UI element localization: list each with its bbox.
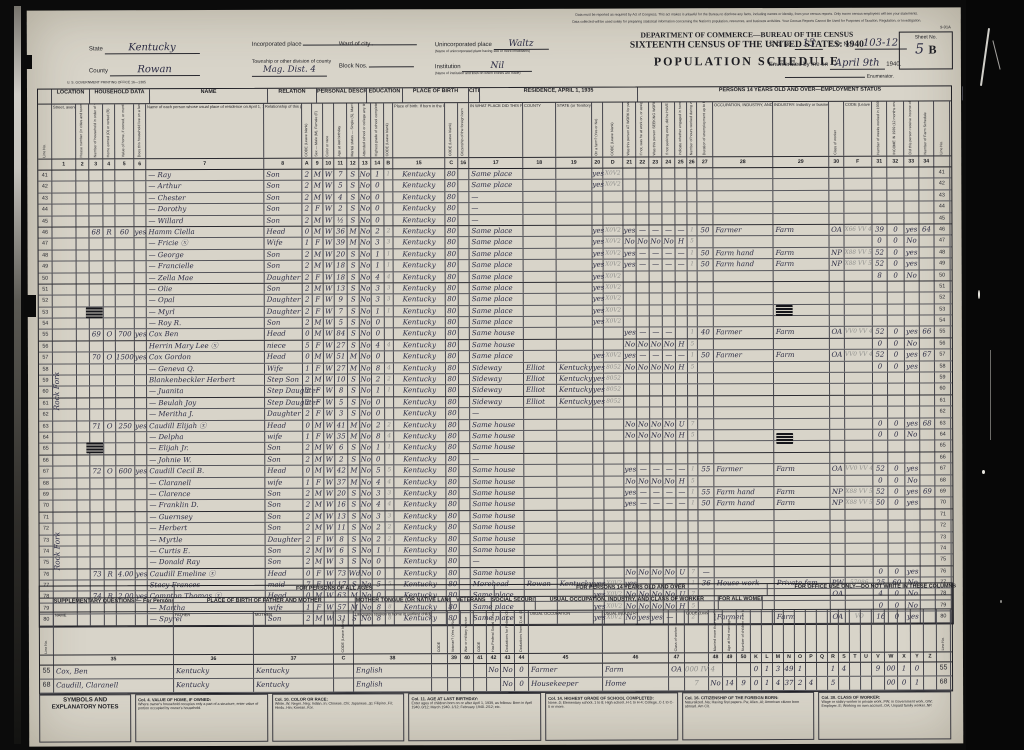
table-cell xyxy=(104,364,116,374)
column-description-text: Line No. xyxy=(43,106,47,158)
table-cell xyxy=(134,204,146,214)
table-cell: 20 xyxy=(335,249,348,259)
table-cell: Same place xyxy=(470,283,524,294)
table-cell: Kentucky xyxy=(254,679,334,692)
table-cell xyxy=(637,442,650,452)
column-description: Home owned (O) or rented (R) xyxy=(103,104,115,158)
table-cell: yes xyxy=(624,260,637,270)
line-number: 55 xyxy=(935,327,951,337)
table-cell xyxy=(90,489,104,499)
table-cell xyxy=(699,544,715,554)
column-description-text: CODE (Leave blank) xyxy=(449,104,453,156)
table-cell: F xyxy=(313,340,324,350)
table-cell: W xyxy=(324,397,335,407)
table-cell: M xyxy=(313,375,324,385)
table-cell: 0 xyxy=(873,236,888,246)
table-cell: No xyxy=(360,261,372,271)
table-cell: 70 xyxy=(90,353,104,363)
table-cell xyxy=(134,193,146,203)
table-cell xyxy=(830,441,845,451)
table-cell xyxy=(715,533,775,544)
column-description-text: INDUSTRY: Industry or business, as cotto… xyxy=(774,103,827,107)
table-cell: Wd xyxy=(349,568,361,578)
table-cell xyxy=(637,373,650,383)
table-cell: 2 xyxy=(303,249,313,259)
table-cell: 39 xyxy=(872,225,887,235)
table-cell: — Myrtle xyxy=(148,534,266,545)
table-cell: 2 xyxy=(303,386,313,396)
table-cell: Son xyxy=(264,181,302,192)
table-cell: 50 xyxy=(698,499,714,509)
table-cell: 16 xyxy=(335,500,348,510)
table-cell: yes xyxy=(592,226,603,236)
table-cell: Son xyxy=(265,249,303,260)
table-cell xyxy=(920,395,935,405)
table-cell xyxy=(662,180,675,190)
table-cell: Farm hand xyxy=(714,259,774,270)
table-cell xyxy=(604,487,624,497)
column-description: Citizenship of the foreign born xyxy=(458,103,469,157)
table-cell: yes xyxy=(592,180,603,190)
table-cell xyxy=(874,521,889,531)
table-cell xyxy=(636,168,649,178)
column-group-header: VETERANS xyxy=(451,597,492,610)
line-number: 59 xyxy=(935,372,951,382)
line-number: 58 xyxy=(935,361,951,371)
table-cell: 60 xyxy=(115,227,134,237)
table-cell xyxy=(594,533,605,543)
table-cell xyxy=(605,544,625,554)
table-cell: F xyxy=(313,397,324,407)
table-cell xyxy=(385,317,394,327)
table-cell xyxy=(637,317,650,327)
line-number: 64 xyxy=(935,429,951,439)
column-group-header: SUPPLEMENTARY QUESTIONS — For Persons En… xyxy=(54,598,174,611)
line-number: 70 xyxy=(935,498,951,508)
table-cell: 80 xyxy=(446,249,459,259)
table-cell xyxy=(921,566,936,576)
table-cell xyxy=(53,250,77,260)
state-value: Kentucky xyxy=(105,42,200,54)
line-number: 45 xyxy=(934,213,950,223)
line-number: 42 xyxy=(934,179,950,189)
table-cell xyxy=(556,169,592,180)
table-cell xyxy=(650,271,663,281)
table-cell: Kentucky xyxy=(394,294,446,305)
column-group-header: MOTHER TONGUE (OR NATIVE LANGUAGE) xyxy=(356,597,451,610)
table-cell xyxy=(664,533,677,543)
table-cell xyxy=(458,180,469,190)
table-cell: X88 VV 5 xyxy=(845,487,873,497)
table-cell xyxy=(709,663,723,676)
table-cell: No xyxy=(905,475,920,485)
note-body: Naturalized..Na; Having first papers..Pa… xyxy=(685,700,812,709)
table-cell: 13 xyxy=(335,511,348,521)
table-cell xyxy=(90,261,104,271)
table-cell xyxy=(134,170,146,180)
table-cell: 50 xyxy=(698,248,714,258)
table-cell xyxy=(888,384,905,394)
table-cell: 1 xyxy=(688,259,698,269)
table-cell: 36 xyxy=(334,226,347,236)
column-description xyxy=(795,610,806,652)
table-cell: No xyxy=(487,664,501,677)
column-group-header: FOR ALL WOMEN WHO ARE OR HAVE BEEN MARRI… xyxy=(719,596,763,609)
table-cell: S xyxy=(347,169,359,179)
line-number: 76 xyxy=(936,566,952,576)
column-description xyxy=(839,610,850,652)
table-cell: No xyxy=(624,362,637,372)
column-description: Number of household in order of visitati… xyxy=(89,104,103,158)
table-cell xyxy=(861,663,872,676)
table-cell: Elliot xyxy=(524,362,557,373)
table-cell: Kentucky xyxy=(395,545,447,556)
column-description-text: CODE xyxy=(478,612,482,652)
table-cell: yes xyxy=(623,225,636,235)
table-cell: W xyxy=(323,170,334,180)
line-number: 46 xyxy=(934,224,950,234)
table-cell: OA xyxy=(830,350,845,360)
table-cell: 80 xyxy=(446,306,459,316)
township-value: Mag. Dist. 4 xyxy=(252,65,327,76)
column-description-text: Has Federal Social Security number? (Yes… xyxy=(491,612,495,652)
table-cell: Farm xyxy=(603,663,669,676)
table-cell xyxy=(557,248,593,259)
table-cell xyxy=(830,509,845,519)
table-cell xyxy=(135,375,147,385)
table-cell xyxy=(845,236,873,246)
column-description-text: Indicate whether engaged in home housewo… xyxy=(679,103,683,155)
table-cell xyxy=(593,442,604,452)
table-cell xyxy=(76,170,89,180)
table-cell: Kentucky xyxy=(395,568,447,579)
table-cell: 2 xyxy=(302,170,312,180)
table-cell: 50 xyxy=(698,350,714,360)
table-cell xyxy=(53,467,77,477)
table-cell xyxy=(135,489,147,499)
table-cell: 0 xyxy=(888,270,905,280)
table-cell: Son xyxy=(265,284,303,295)
table-cell: 0 xyxy=(888,498,905,508)
table-cell: O xyxy=(104,330,116,340)
table-cell: 73 xyxy=(91,569,105,579)
table-cell xyxy=(839,677,850,690)
table-cell xyxy=(53,478,77,488)
table-cell: VV0 VV 4 xyxy=(845,350,873,360)
table-cell: Same house xyxy=(470,465,524,476)
line-number: 50 xyxy=(935,270,951,280)
table-cell xyxy=(624,385,637,395)
table-cell: Same house xyxy=(470,340,524,351)
table-cell xyxy=(557,442,593,453)
table-cell xyxy=(53,501,77,511)
table-cell: Kentucky xyxy=(394,283,446,294)
table-cell xyxy=(921,521,936,531)
table-cell xyxy=(104,375,116,385)
column-description-text: If not, was he at work on, or assigned t… xyxy=(640,103,644,155)
table-cell: 80 xyxy=(446,454,459,464)
table-cell xyxy=(669,677,685,690)
ward-field: Ward of city xyxy=(339,41,417,47)
table-cell: W xyxy=(324,261,335,271)
table-cell xyxy=(460,534,471,544)
table-cell xyxy=(624,282,637,292)
table-cell: Kentucky xyxy=(394,386,446,397)
table-cell xyxy=(116,455,135,465)
ed-label: E. D. No. xyxy=(829,42,853,48)
table-cell: Kentucky xyxy=(394,340,446,351)
table-cell xyxy=(887,213,904,223)
column-number: 26 xyxy=(687,157,697,167)
sd-value: 13 xyxy=(795,38,823,50)
table-cell: W xyxy=(323,192,334,202)
table-cell xyxy=(905,384,920,394)
table-cell xyxy=(697,214,713,224)
table-cell: 72 xyxy=(90,467,104,477)
table-cell: 2 xyxy=(372,374,385,384)
table-cell xyxy=(558,567,594,578)
table-cell: yes xyxy=(624,248,637,258)
table-cell xyxy=(924,662,937,675)
table-cell: 8 xyxy=(336,534,349,544)
film-scratch xyxy=(992,40,1000,69)
table-cell xyxy=(829,179,844,189)
table-cell: — Elijah Jr. xyxy=(147,443,265,454)
table-cell: Kentucky xyxy=(557,385,593,396)
table-cell: Farmer xyxy=(714,464,774,475)
table-cell xyxy=(52,182,76,192)
column-number: 40 xyxy=(461,654,474,663)
column-description: Line No. xyxy=(38,105,52,159)
table-cell: 2 xyxy=(304,534,314,544)
column-number: R xyxy=(828,653,839,662)
table-cell: W xyxy=(323,227,334,237)
table-cell xyxy=(906,521,921,531)
table-cell: No xyxy=(624,339,637,349)
table-cell: — Geneva Q. xyxy=(147,363,265,374)
table-cell: 1 xyxy=(386,545,395,555)
table-cell xyxy=(649,180,662,190)
table-cell: M xyxy=(313,500,324,510)
table-cell: wife xyxy=(265,477,303,488)
table-cell: H xyxy=(676,476,688,486)
table-cell xyxy=(698,396,714,406)
table-cell: W xyxy=(324,295,335,305)
table-cell: X0V2 xyxy=(604,260,624,270)
table-cell: 37 xyxy=(335,477,348,487)
table-cell: Sideway xyxy=(470,374,524,385)
table-cell xyxy=(689,521,699,531)
table-cell xyxy=(714,339,774,350)
table-cell: No xyxy=(624,476,637,486)
table-cell: 2 xyxy=(303,272,313,282)
table-cell xyxy=(676,328,688,338)
column-group-header xyxy=(40,599,54,612)
line-number: 48 xyxy=(39,250,53,260)
table-cell xyxy=(698,510,714,520)
column-description-text: STATE (or Territory or foreign country) xyxy=(557,104,590,108)
column-description-text: War or military service xyxy=(465,612,469,652)
table-cell: Kentucky xyxy=(394,351,446,362)
line-number: 73 xyxy=(40,535,54,545)
table-cell: No xyxy=(709,677,723,690)
column-description: If not, was he at work on, or assigned t… xyxy=(636,102,649,156)
column-description: FATHER xyxy=(174,612,254,654)
table-cell: H xyxy=(676,362,688,372)
table-cell: 80 xyxy=(446,237,459,247)
column-number: 15 xyxy=(393,158,445,168)
column-number: 2 xyxy=(76,159,89,169)
column-number: 21 xyxy=(623,158,636,168)
table-cell xyxy=(623,203,636,213)
table-cell xyxy=(699,556,715,566)
table-cell: O xyxy=(104,421,116,431)
line-number: 44 xyxy=(934,202,950,212)
table-cell xyxy=(524,408,557,419)
table-cell xyxy=(593,431,604,441)
table-cell: OA xyxy=(669,663,685,676)
table-cell xyxy=(524,419,557,430)
table-cell: yes xyxy=(624,465,637,475)
table-cell xyxy=(135,398,147,408)
table-cell: W xyxy=(325,523,336,533)
table-cell: S xyxy=(347,181,359,191)
table-cell: No xyxy=(361,568,373,578)
table-cell xyxy=(523,169,556,180)
table-cell: 80 xyxy=(447,568,460,578)
column-description: CODE (Leave blank) xyxy=(685,610,709,652)
column-description: CODE (Leave blank) xyxy=(445,103,458,157)
table-cell xyxy=(625,556,638,566)
table-cell: 0 xyxy=(888,464,905,474)
column-description xyxy=(885,610,898,652)
line-number: 67 xyxy=(39,467,53,477)
table-cell: 2 xyxy=(386,522,395,532)
column-number: F xyxy=(844,157,872,167)
table-cell xyxy=(775,544,831,555)
line-number: 53 xyxy=(39,307,53,317)
table-cell xyxy=(593,488,604,498)
table-cell: F xyxy=(312,204,323,214)
table-cell: — Zella Mae xyxy=(147,272,265,283)
table-cell xyxy=(53,239,77,249)
table-cell xyxy=(888,373,905,383)
table-cell: yes xyxy=(905,498,920,508)
table-cell xyxy=(91,535,105,545)
table-row: Line No.Street, avenue, road, etc.House … xyxy=(38,101,951,159)
table-cell: 0 xyxy=(302,227,312,237)
line-number: 65 xyxy=(935,441,951,451)
table-cell: 0 xyxy=(373,557,386,567)
table-cell: 1 xyxy=(385,443,394,453)
table-cell: Same house xyxy=(470,419,524,430)
column-number: 20 xyxy=(592,158,603,168)
table-cell xyxy=(78,535,91,545)
table-cell xyxy=(872,168,887,178)
sheet-value-print: B xyxy=(929,42,937,56)
table-cell xyxy=(558,522,594,533)
column-description-text: Highest grade of school completed xyxy=(375,104,379,156)
enumerator-line: Enumerator. xyxy=(769,74,894,80)
table-cell: English xyxy=(354,664,432,677)
table-cell: 1 xyxy=(371,169,384,179)
table-cell: 4 xyxy=(372,500,385,510)
table-cell: 1 xyxy=(303,432,313,442)
column-description: On a farm? (Yes or No) xyxy=(592,103,603,157)
table-cell xyxy=(688,294,698,304)
table-cell xyxy=(53,410,77,420)
table-cell xyxy=(52,193,76,203)
table-cell: Kentucky xyxy=(394,443,446,454)
institution-field: Institution Nil (Name of institution and… xyxy=(435,61,570,76)
column-number: 39 xyxy=(448,654,461,663)
column-description: Deductions from (1) all, (2) one-half or… xyxy=(515,611,529,653)
table-cell xyxy=(593,510,604,520)
table-cell xyxy=(116,296,135,306)
column-description: Name of each person whose usual place of… xyxy=(146,104,264,158)
table-cell: 600 xyxy=(116,466,135,476)
column-group-header: USUAL OCCUPATION, INDUSTRY, AND CLASS OF… xyxy=(536,596,719,610)
table-cell xyxy=(77,410,90,420)
table-cell xyxy=(90,375,104,385)
column-description-text: Age at last birthday xyxy=(338,105,342,157)
line-number: 68 xyxy=(40,680,54,693)
table-cell xyxy=(689,556,699,566)
table-cell: Same place xyxy=(469,180,523,191)
table-cell: W xyxy=(324,477,335,487)
table-cell xyxy=(773,213,829,224)
table-cell xyxy=(116,341,135,351)
table-cell: 52 xyxy=(873,487,888,497)
table-cell: yes xyxy=(593,385,604,395)
table-cell: Son xyxy=(265,261,303,272)
table-cell: Son xyxy=(266,523,304,534)
table-cell xyxy=(459,499,470,509)
column-description: Veteran? (Yes or No) xyxy=(448,611,461,653)
table-cell xyxy=(77,512,90,522)
table-cell xyxy=(846,544,874,554)
table-cell: No xyxy=(650,419,663,429)
table-cell: Daughter xyxy=(265,295,303,306)
column-number: 23 xyxy=(649,157,662,167)
table-cell: Kentucky xyxy=(393,215,445,226)
table-cell: 0 xyxy=(303,420,313,430)
table-cell xyxy=(386,568,395,578)
table-cell: ½ xyxy=(334,215,347,225)
table-cell: 50 xyxy=(697,225,713,235)
note-body: Where owner's household occupies only a … xyxy=(138,702,265,711)
table-cell: Same place xyxy=(470,306,524,317)
table-cell xyxy=(52,216,76,226)
table-cell xyxy=(845,418,873,428)
table-cell xyxy=(906,555,921,565)
table-cell: 1 xyxy=(688,487,698,497)
table-cell: yes xyxy=(624,487,637,497)
table-cell xyxy=(906,532,921,542)
column-number: Q xyxy=(817,653,828,662)
table-cell xyxy=(524,511,557,522)
table-cell: Farmer xyxy=(714,327,774,338)
table-cell: 00 xyxy=(885,677,898,690)
table-cell xyxy=(698,407,714,417)
table-cell: 3 xyxy=(385,283,394,293)
table-cell: — xyxy=(637,351,650,361)
column-description-text: Number of hours worked during week of Ma… xyxy=(690,103,694,155)
table-cell: — xyxy=(471,556,525,567)
column-description: Relationship of this person to the head … xyxy=(264,104,302,158)
table-cell: No xyxy=(359,204,371,214)
table-cell: 80 xyxy=(445,203,458,213)
